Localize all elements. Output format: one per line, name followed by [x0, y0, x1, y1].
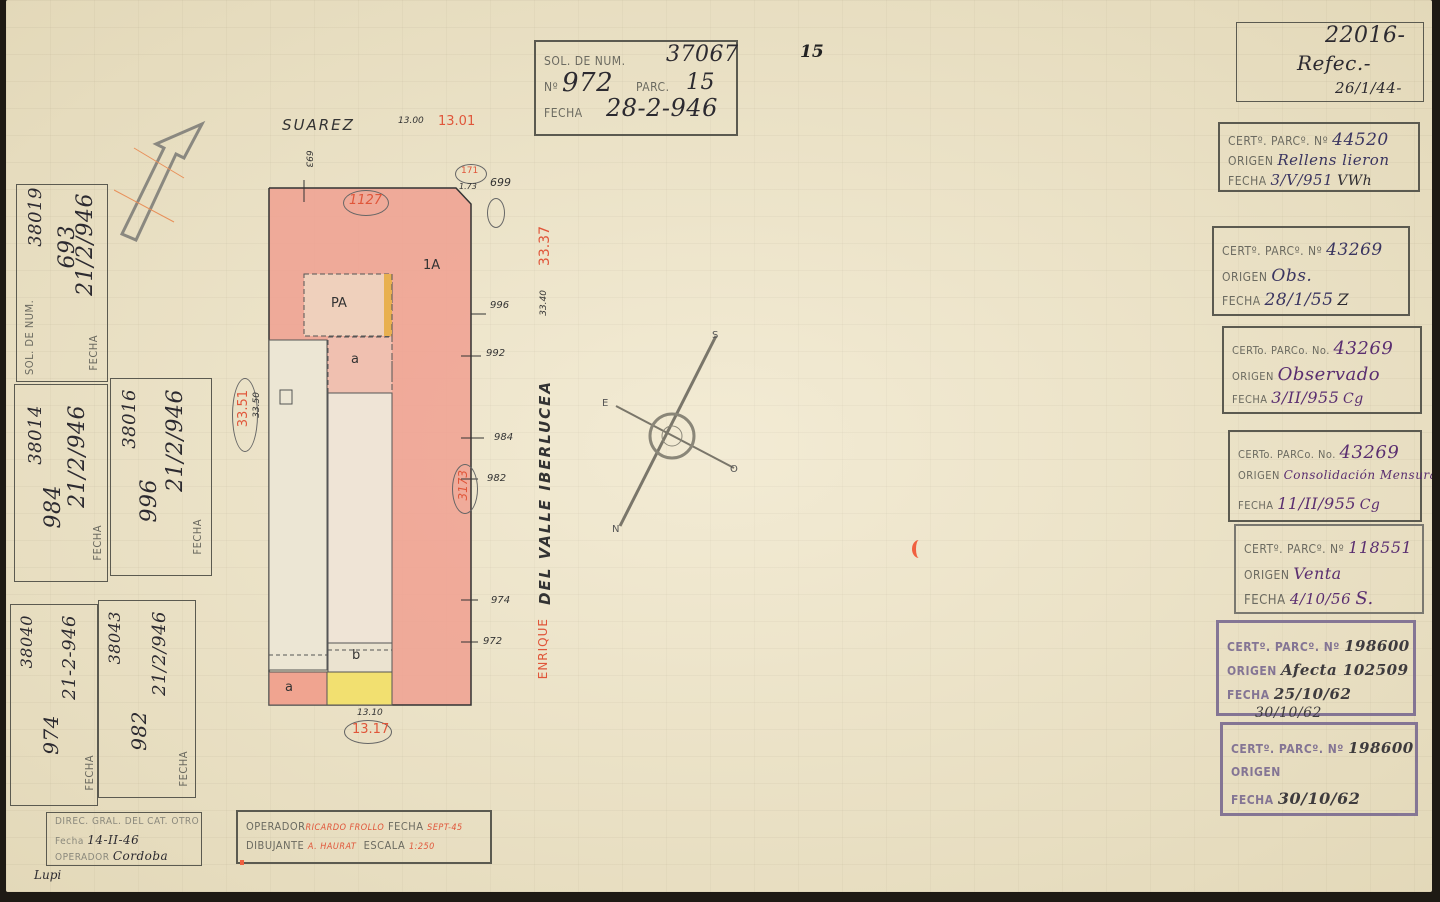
compass-e: E: [602, 398, 608, 409]
parc-label: PARC.: [636, 80, 670, 94]
fecha-value: 21/2/946: [65, 405, 90, 508]
top-door-number: 693: [304, 150, 314, 167]
cert-value: 44520: [1332, 130, 1389, 150]
fecha-value: 21/2/946: [149, 611, 170, 696]
door-number-974: 974: [491, 595, 510, 606]
street-side-prefix: ENRIQUE: [536, 618, 550, 679]
left-stamp-2: 38014 984 FECHA 21/2/946: [14, 384, 108, 582]
sol-value: 38016: [119, 389, 140, 449]
left-stamp-4: 38040 974 FECHA 21-2-946: [10, 604, 98, 806]
cadastral-card: 15 SOL. DE NUM. Nº PARC. FECHA 37067 972…: [6, 0, 1432, 892]
cert-stamp-5: CERTº. PARCº. Nº 118551 ORIGEN Venta FEC…: [1234, 524, 1424, 614]
n-value: 982: [127, 711, 151, 751]
fecha-value: 14-II-46: [87, 833, 139, 847]
fecha-label: FECHA: [191, 519, 204, 555]
operador-label: OPERADOR: [55, 852, 109, 863]
origen-label: ORIGEN: [1232, 370, 1274, 383]
origen-value: Afecta 102509: [1281, 661, 1409, 679]
operador-label: OPERADOR: [246, 820, 306, 833]
note-line2: Refec.-: [1297, 51, 1371, 75]
initials: VWh: [1337, 173, 1372, 189]
operador-value: RICARDO FROLLO: [306, 823, 385, 833]
sol-value: 38043: [105, 611, 124, 664]
initials: S.: [1355, 588, 1373, 609]
initials: Cg: [1343, 391, 1364, 407]
escala-label: ESCALA: [364, 839, 406, 852]
street-top-name: SUAREZ: [282, 116, 355, 134]
fecha-value: 28/1/55: [1265, 290, 1334, 310]
top-right-note-box: 22016- Refec.- 26/1/44-: [1236, 22, 1424, 102]
fecha-label: FECHA: [544, 106, 583, 120]
dibujante-label: DIBUJANTE: [246, 839, 304, 852]
dibujante-value: A. HAURAT: [308, 842, 356, 852]
page-number: 15: [800, 42, 824, 62]
initials: Cg: [1360, 497, 1381, 513]
fecha-label: Fecha: [55, 836, 84, 847]
n-value: 974: [39, 715, 63, 755]
fecha-value: 21/2/946: [163, 389, 188, 492]
top-solicitud-stamp: SOL. DE NUM. Nº PARC. FECHA 37067 972 15…: [534, 40, 738, 136]
cert-label: CERTº. PARCº. Nº: [1244, 542, 1344, 556]
origen-value: Obs.: [1271, 266, 1312, 286]
cert-stamp-6: CERTº. PARCº. Nº 198600 ORIGEN Afecta 10…: [1216, 620, 1416, 716]
oval-right-value: 3173: [456, 470, 470, 501]
origen-value: Observado: [1278, 364, 1381, 385]
side-measure-orig: 33.40: [539, 290, 549, 316]
fecha-label: FECHA: [1238, 499, 1274, 512]
side-measure-new: 33.37: [537, 226, 553, 266]
direccion-line: DIREC. GRAL. DEL CAT. OTRO: [55, 816, 199, 827]
door-number-982: 982: [487, 473, 506, 484]
sol-label: SOL. DE NUM.: [544, 54, 626, 68]
left-measure-new: 33.51: [236, 390, 251, 427]
cert-stamp-2: CERTº. PARCº. Nº 43269 ORIGEN Obs. FECHA…: [1212, 226, 1410, 316]
escala-value: 1:250: [409, 842, 435, 852]
origen-label: ORIGEN: [1227, 664, 1277, 678]
fecha-value: 28-2-946: [606, 94, 718, 122]
origen-value: Venta: [1293, 564, 1341, 583]
red-ink-mark: [912, 540, 926, 558]
cert-label: CERTº. PARCº. Nº: [1222, 244, 1322, 258]
n-value: 996: [137, 479, 162, 523]
fecha-value: 4/10/56: [1290, 590, 1351, 608]
cert-label: CERTº. PARCº. Nº: [1228, 134, 1328, 148]
fecha-value: 30/10/62: [1278, 789, 1360, 808]
street-top-measure-orig: 13.00: [398, 116, 424, 126]
sol-value: 38019: [25, 187, 46, 247]
fecha-label: FECHA: [388, 820, 424, 833]
operador-value: Cordoba: [113, 849, 168, 863]
origen-label: ORIGEN: [1228, 154, 1273, 168]
cert-value: 43269: [1326, 240, 1383, 260]
compass-rose-icon: S E O N: [598, 328, 748, 533]
fecha-value: SEPT-45: [427, 823, 463, 833]
corner-number-2: 699: [490, 176, 511, 189]
fecha-value: 3/II/955: [1271, 388, 1339, 407]
note-line3: 26/1/44-: [1335, 79, 1402, 97]
fecha-label: FECHA: [1244, 593, 1286, 608]
fecha-label: FECHA: [1232, 393, 1268, 406]
left-stamp-3: 38016 996 FECHA 21/2/946: [110, 378, 212, 576]
bottom-left-stamp: DIREC. GRAL. DEL CAT. OTRO Fecha 14-II-4…: [46, 812, 202, 866]
cert-label: CERTo. PARCo. No.: [1232, 344, 1330, 357]
fecha-label: FECHA: [1227, 688, 1270, 702]
oval-corner-small: [487, 198, 505, 228]
cert-value: 198600: [1348, 739, 1414, 757]
compass-o: O: [730, 464, 738, 475]
origen-label: ORIGEN: [1244, 568, 1289, 582]
fecha-value: 25/10/62: [1274, 685, 1352, 703]
bottom-measure-orig: 13.10: [357, 708, 383, 718]
cert-stamp-4: CERTo. PARCo. No. 43269 ORIGEN Consolida…: [1228, 430, 1422, 522]
bottom-measure-new: 13.17: [352, 722, 389, 737]
oval-corner-value: 171: [461, 166, 478, 176]
fecha-value: 3/V/951: [1271, 171, 1334, 189]
lot-plan-drawing: [266, 180, 486, 710]
red-ink-dot: [240, 860, 244, 865]
room-a-lower: a: [285, 680, 293, 695]
oval-top-value: 1127: [349, 193, 382, 208]
n-label: Nº: [544, 80, 558, 94]
cert-value: 43269: [1334, 338, 1394, 359]
cert-label: CERTº. PARCº. Nº: [1231, 742, 1344, 756]
origen-value: Consolidación Mensura: [1284, 468, 1432, 482]
origen-label: ORIGEN: [1222, 270, 1267, 284]
cert-value: 43269: [1340, 442, 1400, 463]
initials: Z: [1338, 290, 1350, 309]
note-line1: 22016-: [1325, 23, 1405, 48]
corner-number-1: 1.73: [459, 182, 477, 191]
room-pa: PA: [331, 296, 347, 311]
fecha-label: FECHA: [1231, 793, 1274, 807]
street-top-measure-new: 13.01: [438, 114, 475, 129]
cert-label: CERTº. PARCº. Nº: [1227, 640, 1340, 654]
fecha-label: FECHA: [1222, 294, 1261, 308]
cert-stamp-7: CERTº. PARCº. Nº 198600 ORIGEN FECHA 30/…: [1220, 722, 1418, 816]
compass-s: S: [712, 330, 718, 341]
sol-value: 38040: [17, 615, 36, 668]
origen-label: ORIGEN: [1231, 765, 1281, 779]
extra-date: 30/10/62: [1255, 705, 1322, 721]
origen-label: ORIGEN: [1238, 469, 1280, 482]
door-number-972: 972: [483, 636, 502, 647]
cert-stamp-1: CERTº. PARCº. Nº 44520 ORIGEN Rellens li…: [1218, 122, 1420, 192]
north-arrow-icon: [114, 118, 214, 248]
fecha-label: FECHA: [1228, 174, 1267, 188]
sol-value: 38014: [25, 405, 46, 465]
bottom-operator-stamp: OPERADORRICARDO FROLLO FECHA SEPT-45 DIB…: [236, 810, 492, 864]
bottom-signature: Lupi: [34, 868, 61, 882]
parc-value: 15: [686, 70, 715, 95]
fecha-label: FECHA: [91, 525, 104, 561]
door-number-984: 984: [494, 432, 513, 443]
street-side-name: DEL VALLE IBERLUCEA: [536, 380, 554, 605]
fecha-value: 11/II/955: [1277, 494, 1356, 513]
cert-stamp-3: CERTo. PARCo. No. 43269 ORIGEN Observado…: [1222, 326, 1422, 414]
room-a-upper: a: [351, 352, 359, 367]
left-stamp-5: 38043 982 FECHA 21/2/946: [98, 600, 196, 798]
fecha-value: 21-2-946: [59, 615, 80, 700]
door-number-992: 992: [486, 348, 505, 359]
origen-value: Rellens lieron: [1277, 151, 1389, 169]
fecha-label: FECHA: [87, 335, 100, 371]
cert-value: 198600: [1344, 637, 1410, 655]
fecha-label: FECHA: [177, 751, 190, 787]
fecha-value: 21/2/946: [73, 193, 98, 296]
fecha-label: FECHA: [83, 755, 96, 791]
door-number-996: 996: [490, 300, 509, 311]
cert-label: CERTo. PARCo. No.: [1238, 448, 1336, 461]
cert-value: 118551: [1348, 538, 1412, 557]
left-measure-orig: 33.50: [252, 392, 262, 418]
room-b: b: [352, 648, 360, 663]
compass-n: N: [612, 524, 619, 533]
sol-value: 37067: [666, 42, 739, 67]
room-1a: 1A: [423, 258, 440, 273]
n-value: 984: [41, 485, 66, 529]
left-stamp-1: SOL. DE NUM. 38019 693 FECHA 21/2/946: [16, 184, 108, 382]
